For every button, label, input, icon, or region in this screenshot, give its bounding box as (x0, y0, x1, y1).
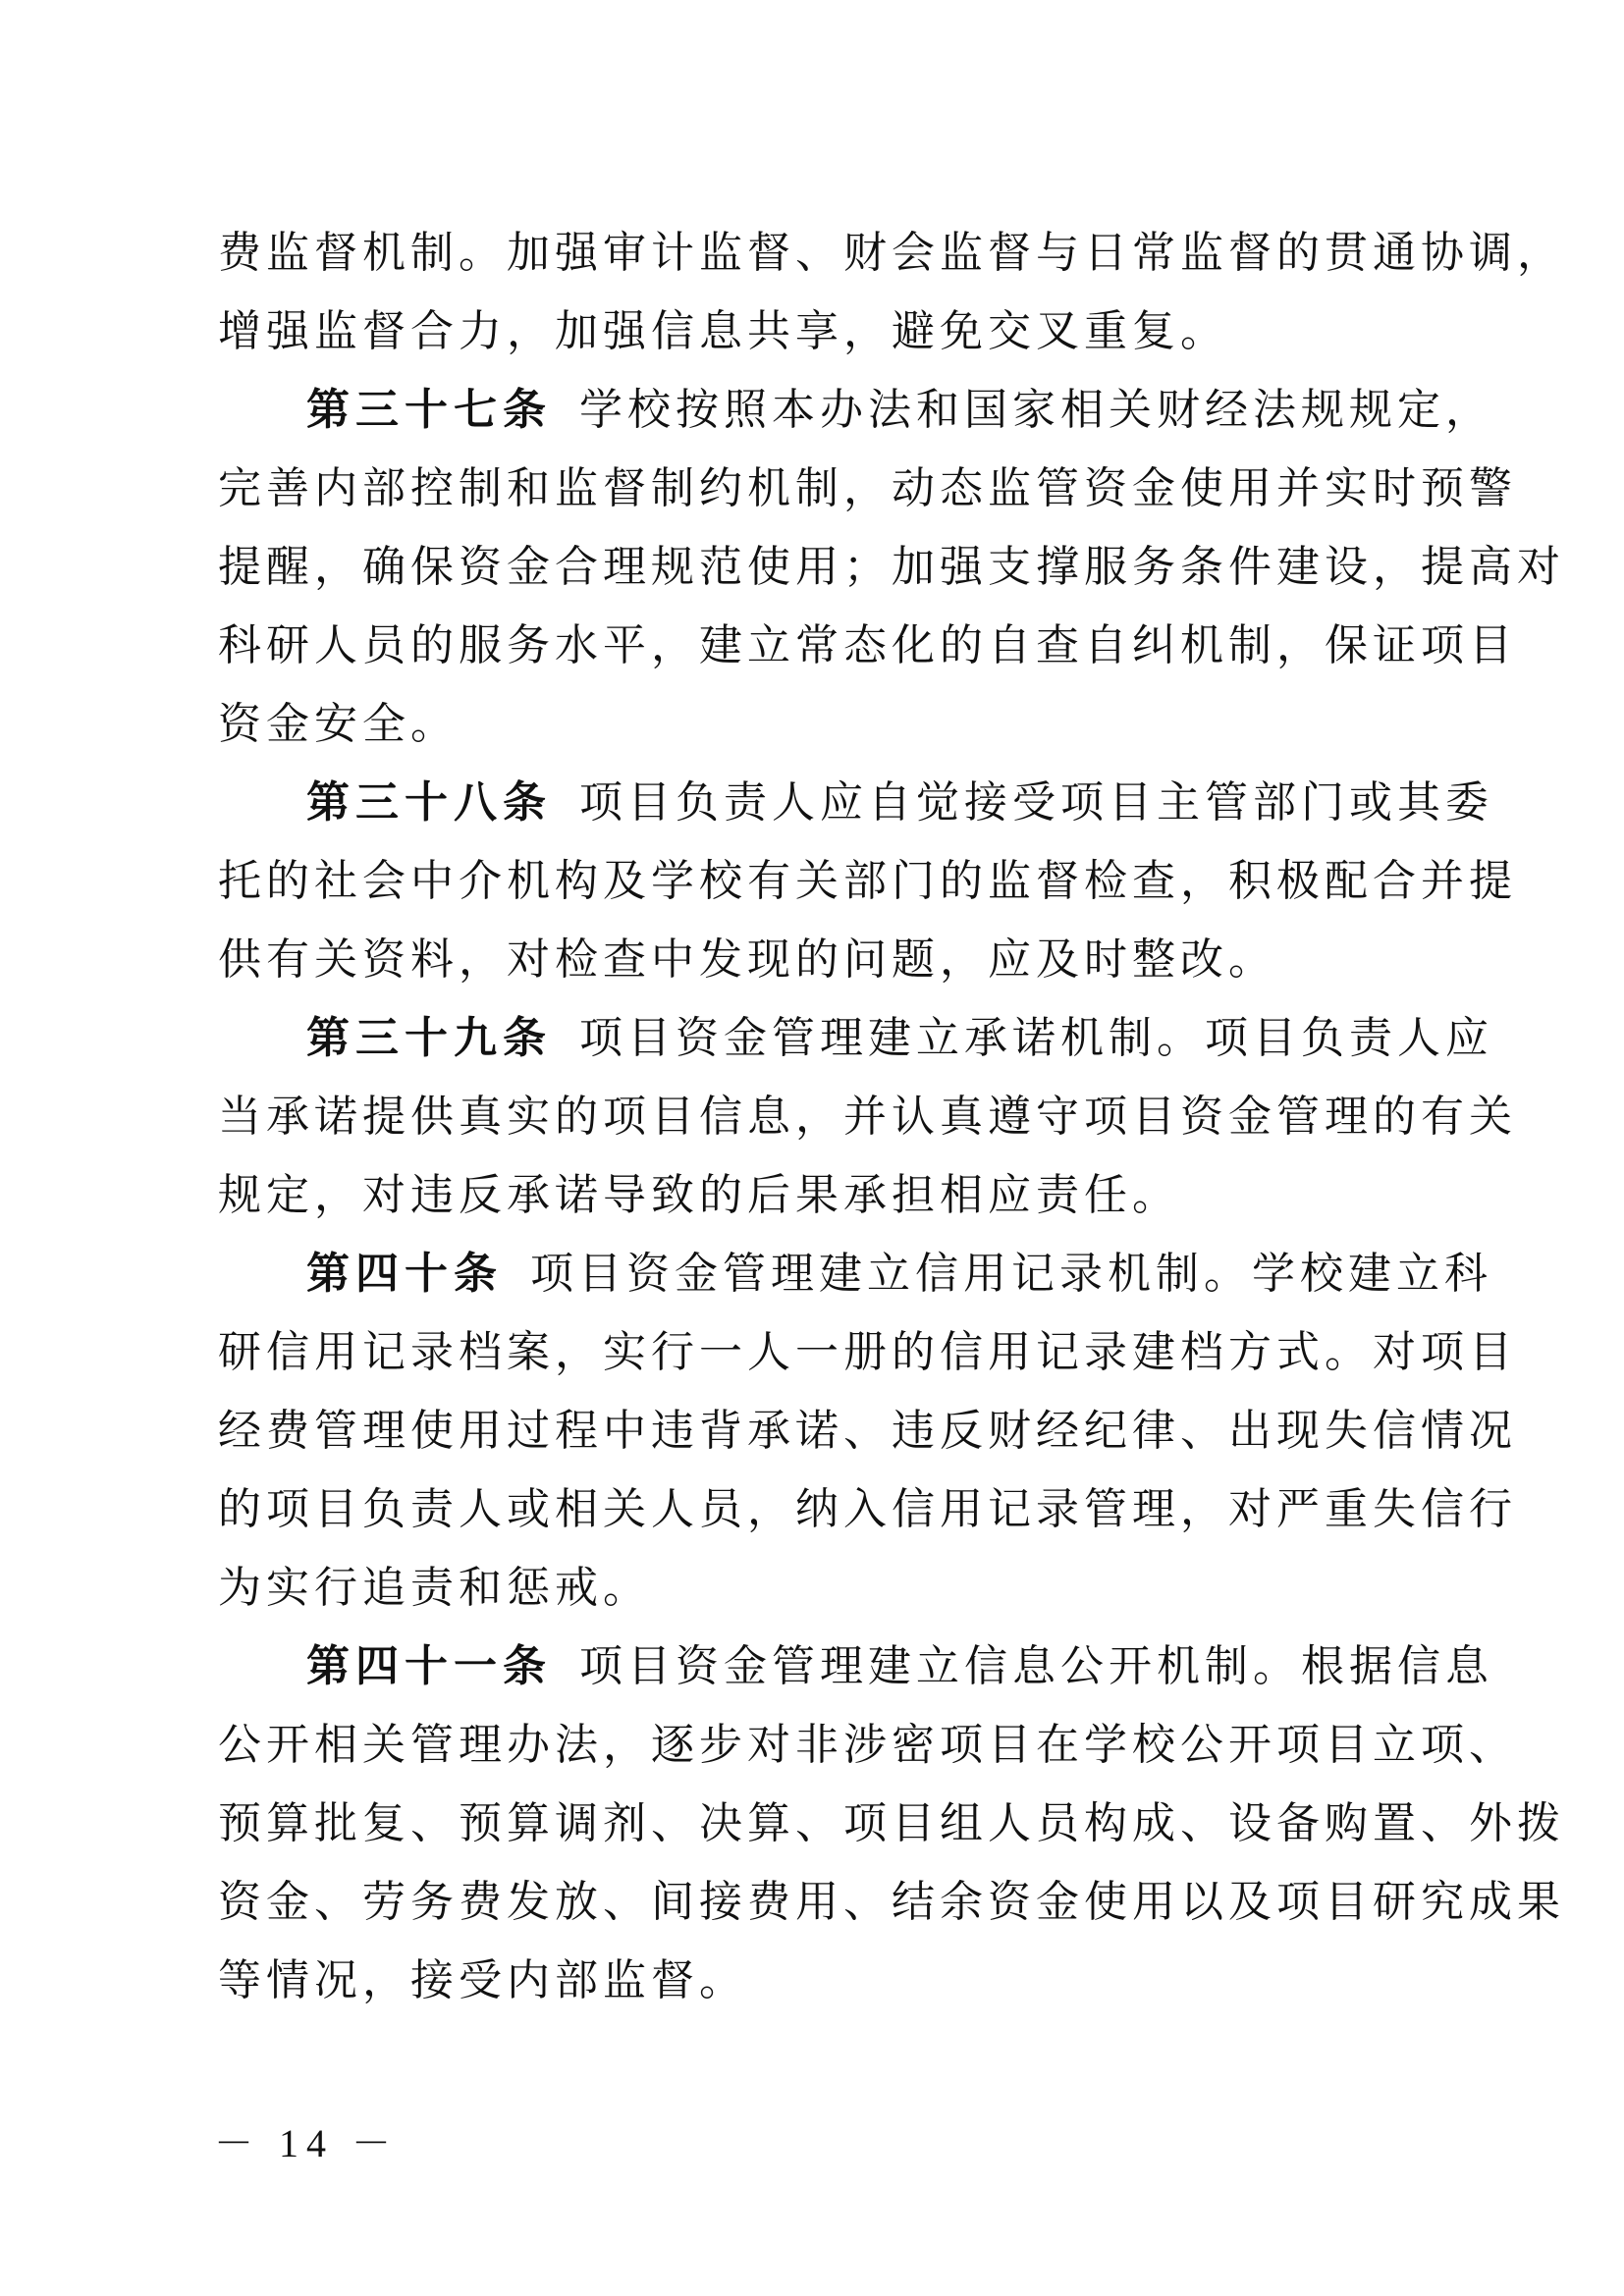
article-heading: 第三十七条 (306, 385, 552, 435)
line-text: 等情况，接受内部监督。 (218, 1955, 747, 2005)
line-text: 研信用记录档案，实行一人一册的信用记录建档方式。对项目 (218, 1327, 1517, 1377)
text-line: 科研人员的服务水平，建立常态化的自查自纠机制，保证项目 (218, 616, 1517, 675)
text-line: 供有关资料，对检查中发现的问题，应及时整改。 (218, 931, 1276, 989)
article-first-line: 第四十一条项目资金管理建立信息公开机制。根据信息 (306, 1637, 1493, 1696)
line-text: 公开相关管理办法，逐步对非涉密项目在学校公开项目立项、 (218, 1720, 1517, 1770)
text-line: 为实行追责和惩戒。 (218, 1559, 651, 1618)
article-heading: 第四十条 (306, 1249, 503, 1299)
article-first-line: 第三十七条学校按照本办法和国家相关财经法规规定， (306, 381, 1493, 440)
article-first-line: 第三十九条项目资金管理建立承诺机制。项目负责人应 (306, 1009, 1493, 1068)
text-line: 公开相关管理办法，逐步对非涉密项目在学校公开项目立项、 (218, 1716, 1517, 1775)
text-line: 当承诺提供真实的项目信息，并认真遵守项目资金管理的有关 (218, 1088, 1517, 1147)
text-line: 资金、劳务费发放、间接费用、结余资金使用以及项目研究成果 (218, 1873, 1565, 1932)
line-text: 项目资金管理建立信用记录机制。学校建立科 (530, 1249, 1492, 1299)
line-text: 项目负责人应自觉接受项目主管部门或其委 (579, 777, 1493, 828)
line-text: 增强监督合力，加强信息共享，避免交叉重复。 (218, 306, 1228, 356)
line-text: 预算批复、预算调剂、决算、项目组人员构成、设备购置、外拨 (218, 1798, 1565, 1848)
text-line: 增强监督合力，加强信息共享，避免交叉重复。 (218, 302, 1228, 361)
line-text: 资金安全。 (218, 699, 459, 749)
text-line: 托的社会中介机构及学校有关部门的监督检查，积极配合并提 (218, 852, 1517, 911)
line-text: 规定，对违反承诺导致的后果承担相应责任。 (218, 1170, 1180, 1220)
text-line: 的项目负责人或相关人员，纳入信用记录管理，对严重失信行 (218, 1480, 1517, 1539)
text-line: 规定，对违反承诺导致的后果承担相应责任。 (218, 1166, 1180, 1225)
line-text: 托的社会中介机构及学校有关部门的监督检查，积极配合并提 (218, 856, 1517, 906)
line-text: 当承诺提供真实的项目信息，并认真遵守项目资金管理的有关 (218, 1092, 1517, 1142)
page-number: － 14 － (214, 2112, 399, 2168)
line-text: 项目资金管理建立承诺机制。项目负责人应 (579, 1013, 1493, 1063)
line-text: 完善内部控制和监督制约机制，动态监管资金使用并实时预警 (218, 463, 1517, 513)
line-text: 的项目负责人或相关人员，纳入信用记录管理，对严重失信行 (218, 1484, 1517, 1534)
line-text: 提醒，确保资金合理规范使用；加强支撑服务条件建设，提高对 (218, 542, 1565, 592)
line-text: 学校按照本办法和国家相关财经法规规定， (579, 385, 1493, 435)
article-heading: 第三十九条 (306, 1013, 552, 1063)
article-heading: 第四十一条 (306, 1641, 552, 1691)
line-text: 科研人员的服务水平，建立常态化的自查自纠机制，保证项目 (218, 620, 1517, 670)
article-heading: 第三十八条 (306, 777, 552, 828)
document-page: 费监督机制。加强审计监督、财会监督与日常监督的贯通协调，增强监督合力，加强信息共… (0, 0, 1624, 2296)
text-line: 完善内部控制和监督制约机制，动态监管资金使用并实时预警 (218, 459, 1517, 518)
text-line: 提醒，确保资金合理规范使用；加强支撑服务条件建设，提高对 (218, 538, 1565, 597)
text-line: 预算批复、预算调剂、决算、项目组人员构成、设备购置、外拨 (218, 1794, 1565, 1853)
text-line: 研信用记录档案，实行一人一册的信用记录建档方式。对项目 (218, 1323, 1517, 1382)
text-line: 等情况，接受内部监督。 (218, 1951, 747, 2010)
line-text: 为实行追责和惩戒。 (218, 1563, 651, 1613)
line-text: 费监督机制。加强审计监督、财会监督与日常监督的贯通协调， (218, 228, 1565, 278)
article-first-line: 第四十条项目资金管理建立信用记录机制。学校建立科 (306, 1245, 1492, 1304)
line-text: 资金、劳务费发放、间接费用、结余资金使用以及项目研究成果 (218, 1877, 1565, 1927)
line-text: 经费管理使用过程中违背承诺、违反财经纪律、出现失信情况 (218, 1406, 1517, 1456)
text-line: 经费管理使用过程中违背承诺、违反财经纪律、出现失信情况 (218, 1402, 1517, 1461)
text-line: 资金安全。 (218, 695, 459, 754)
line-text: 供有关资料，对检查中发现的问题，应及时整改。 (218, 934, 1276, 985)
article-first-line: 第三十八条项目负责人应自觉接受项目主管部门或其委 (306, 774, 1493, 832)
line-text: 项目资金管理建立信息公开机制。根据信息 (579, 1641, 1493, 1691)
text-line: 费监督机制。加强审计监督、财会监督与日常监督的贯通协调， (218, 224, 1565, 283)
